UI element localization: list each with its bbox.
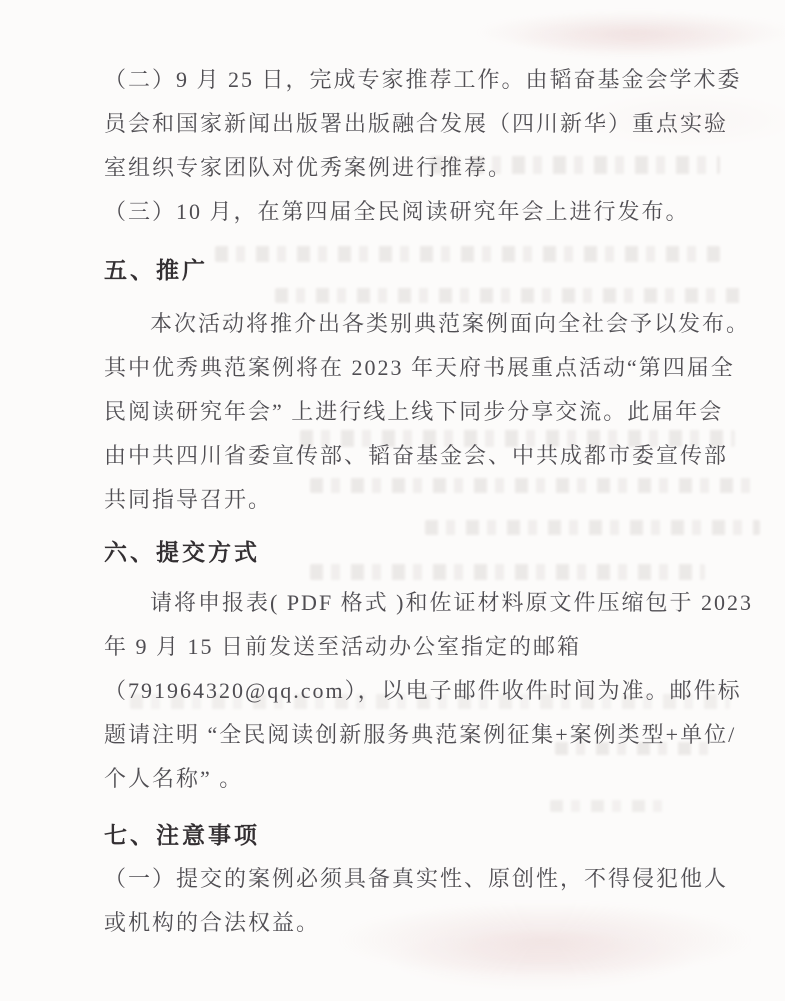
- body-line: 其中优秀典范案例将在 2023 年天府书展重点活动“第四届全: [104, 346, 718, 390]
- body-line: （三）10 月，在第四届全民阅读研究年会上进行发布。: [104, 190, 718, 234]
- body-line: 请将申报表( PDF 格式 )和佐证材料原文件压缩包于 2023: [104, 581, 718, 625]
- body-line: 题请注明 “全民阅读创新服务典范案例征集+案例类型+单位/: [104, 713, 718, 757]
- body-line: 室组织专家团队对优秀案例进行推荐。: [104, 146, 718, 190]
- document-body: （二）9 月 25 日，完成专家推荐工作。由韬奋基金会学术委 员会和国家新闻出版…: [104, 58, 718, 945]
- scanned-page: （二）9 月 25 日，完成专家推荐工作。由韬奋基金会学术委 员会和国家新闻出版…: [0, 0, 785, 1001]
- body-line: 民阅读研究年会” 上进行线上线下同步分享交流。此届年会: [104, 390, 718, 434]
- body-line-email: （791964320@qq.com），以电子邮件收件时间为准。邮件标: [104, 669, 718, 713]
- section-heading-notes: 七、注意事项: [104, 813, 718, 857]
- body-line: 员会和国家新闻出版署出版融合发展（四川新华）重点实验: [104, 102, 718, 146]
- section-heading-submission: 六、提交方式: [104, 530, 718, 574]
- body-line: 或机构的合法权益。: [104, 901, 718, 945]
- section-heading-promotion: 五、推广: [104, 248, 718, 292]
- body-line: 共同指导召开。: [104, 478, 718, 522]
- body-line: 个人名称” 。: [104, 757, 718, 801]
- scan-noise: [470, 10, 785, 55]
- body-line: （一）提交的案例必须具备真实性、原创性，不得侵犯他人: [104, 857, 718, 901]
- body-line: 由中共四川省委宣传部、韬奋基金会、中共成都市委宣传部: [104, 434, 718, 478]
- body-line: （二）9 月 25 日，完成专家推荐工作。由韬奋基金会学术委: [104, 58, 718, 102]
- body-line: 年 9 月 15 日前发送至活动办公室指定的邮箱: [104, 625, 718, 669]
- body-line: 本次活动将推介出各类别典范案例面向全社会予以发布。: [104, 302, 718, 346]
